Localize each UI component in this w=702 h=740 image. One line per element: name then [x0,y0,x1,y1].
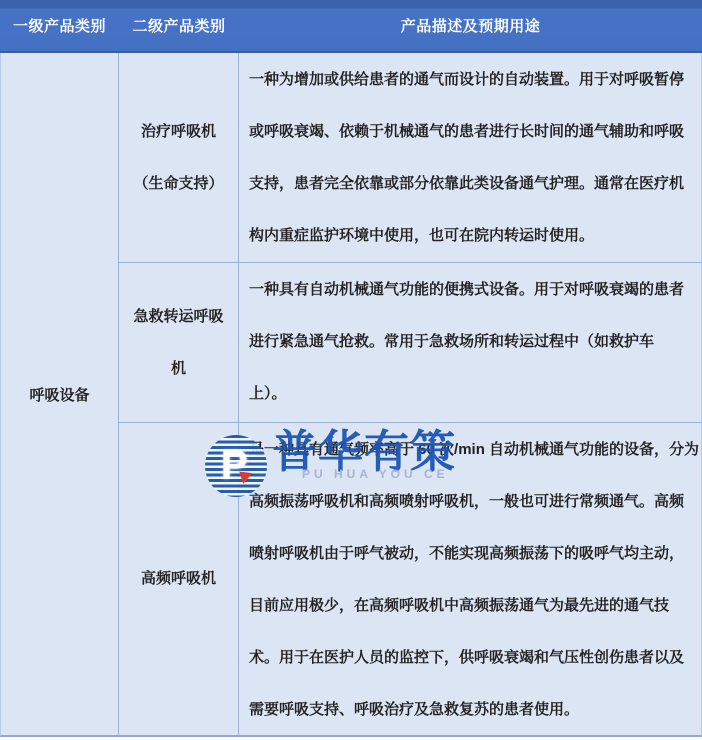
text-line: 一种为增加或供给患者的通气而设计的自动装置。用于对呼吸暂停 [249,54,695,106]
header-level2-category: 二级产品类别 [119,0,239,53]
text-line: 术。用于在医护人员的监控下，供呼吸衰竭和气压性创伤患者以及 [249,632,695,684]
text-line: （生命支持） [133,158,223,210]
text-line: 喷射呼吸机由于呼气被动，不能实现高频振荡下的吸呼气均主动， [249,528,695,580]
text-line: 机 [171,343,186,395]
header-level1-category: 一级产品类别 [0,0,119,53]
text-line: 急救转运呼吸 [133,291,223,343]
cell-desc-emergency-transport-ventilator: 一种具有自动机械通气功能的便携式设备。用于对呼吸衰竭的患者进行紧急通气抢救。常用… [239,263,702,423]
product-category-table: 一级产品类别 二级产品类别 产品描述及预期用途 呼吸设备 治疗呼吸机（生命支持）… [0,0,702,740]
text-line: 一种具有自动机械通气功能的便携式设备。用于对呼吸衰竭的患者 [249,264,695,316]
cell-desc-high-frequency-ventilator: 是一种具有通气频率高于 60 次/min 自动机械通气功能的设备，分为高频振荡呼… [239,423,702,737]
text-line: 治疗呼吸机 [141,106,216,158]
text-line: 是一种具有通气频率高于 60 次/min 自动机械通气功能的设备，分为 [249,424,695,476]
text-line: 构内重症监护环境中使用，也可在院内转运时使用。 [249,210,695,262]
text-line: 或呼吸衰竭、依赖于机械通气的患者进行长时间的通气辅助和呼吸 [249,106,695,158]
cell-level2-high-frequency-ventilator: 高频呼吸机 [119,423,239,737]
text-line: 上）。 [249,368,695,420]
cell-desc-therapy-ventilator: 一种为增加或供给患者的通气而设计的自动装置。用于对呼吸暂停或呼吸衰竭、依赖于机械… [239,53,702,263]
cell-level1-respiratory-equipment: 呼吸设备 [0,53,119,737]
level1-category-label: 呼吸设备 [29,384,89,405]
text-line: 高频振荡呼吸机和高频喷射呼吸机，一般也可进行常频通气。高频 [249,476,695,528]
cell-level2-emergency-transport-ventilator: 急救转运呼吸机 [119,263,239,423]
text-line: 目前应用极少，在高频呼吸机中高频振荡通气为最先进的通气技 [249,580,695,632]
header-product-description: 产品描述及预期用途 [239,0,702,53]
text-line: 需要呼吸支持、呼吸治疗及急救复苏的患者使用。 [249,684,695,736]
cell-level2-therapy-ventilator: 治疗呼吸机（生命支持） [119,53,239,263]
text-line: 支持，患者完全依靠或部分依靠此类设备通气护理。通常在医疗机 [249,158,695,210]
text-line: 进行紧急通气抢救。常用于急救场所和转运过程中（如救护车 [249,316,695,368]
text-line: 高频呼吸机 [141,553,216,605]
